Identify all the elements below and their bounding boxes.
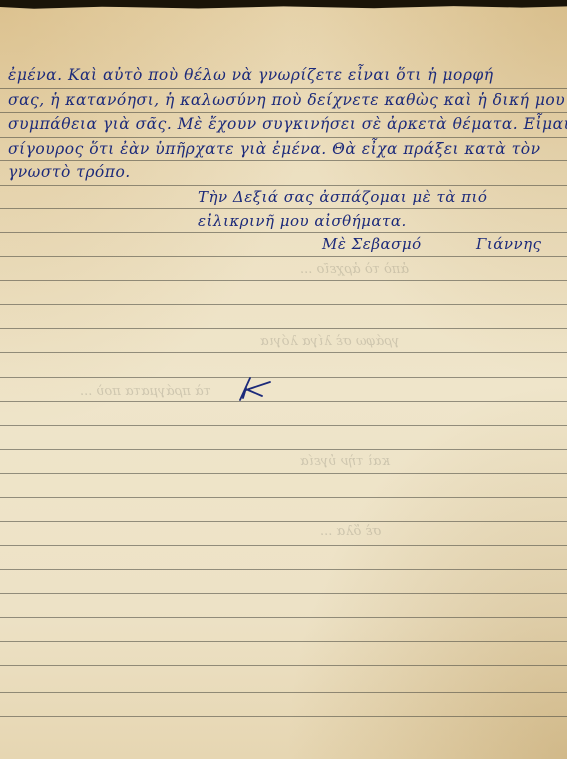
bleed-through-text: τὰ πράγματα ποὺ ... [80, 384, 211, 399]
ruled-line [0, 88, 567, 89]
signoff: Μὲ Σεβασμό [322, 235, 422, 253]
ruled-line [0, 401, 567, 402]
ruled-line [0, 569, 567, 570]
initials-mark-icon [238, 376, 278, 402]
letter-body-line: συμπάθεια γιὰ σᾶς. Μὲ ἔχουν συγκινήσει σ… [8, 115, 567, 133]
ruled-line [0, 692, 567, 693]
ruled-line [0, 256, 567, 257]
ruled-line [0, 328, 567, 329]
ruled-line [0, 473, 567, 474]
ruled-line [0, 160, 567, 161]
ruled-line [0, 208, 567, 209]
ruled-line [0, 545, 567, 546]
ruled-line [0, 185, 567, 186]
letter-page: ἀπὸ τὸ ἀρχεῖο ... γράφω σὲ λίγα λόγια τὰ… [0, 4, 567, 759]
ruled-line [0, 449, 567, 450]
ruled-line [0, 641, 567, 642]
ruled-line [0, 521, 567, 522]
bleed-through-text: καὶ τὴν ὑγεία [300, 454, 390, 469]
ruled-line [0, 497, 567, 498]
ruled-line [0, 593, 567, 594]
torn-top-edge [0, 4, 567, 10]
ruled-line [0, 617, 567, 618]
ruled-line [0, 352, 567, 353]
ruled-line [0, 280, 567, 281]
ruled-line [0, 377, 567, 378]
bleed-through-text: σὲ ὅλα ... [320, 524, 381, 539]
ruled-line [0, 304, 567, 305]
letter-body-line: σας, ἡ κατανόησι, ἡ καλωσύνη ποὺ δείχνετ… [8, 91, 565, 109]
ruled-line [0, 232, 567, 233]
closing-line: Τὴν Δεξιά σας ἀσπάζομαι μὲ τὰ πιό [198, 188, 487, 206]
ruled-line [0, 425, 567, 426]
ruled-line [0, 716, 567, 717]
letter-body-line: ἐμένα. Καὶ αὐτὸ ποὺ θέλω νὰ γνωρίζετε εἶ… [8, 66, 494, 84]
bleed-through-text: γράφω σὲ λίγα λόγια [260, 334, 400, 349]
ruled-line [0, 137, 567, 138]
signature: Γιάννης [476, 235, 542, 253]
bleed-through-text: ἀπὸ τὸ ἀρχεῖο ... [300, 262, 409, 277]
ruled-line [0, 665, 567, 666]
letter-body-line: γνωστὸ τρόπο. [8, 163, 131, 181]
letter-body-line: σίγουρος ὅτι ἐὰν ὑπῆρχατε γιὰ ἐμένα. Θὰ … [8, 140, 541, 158]
ruled-line [0, 112, 567, 113]
closing-line: εἰλικρινῆ μου αἰσθήματα. [198, 212, 407, 230]
